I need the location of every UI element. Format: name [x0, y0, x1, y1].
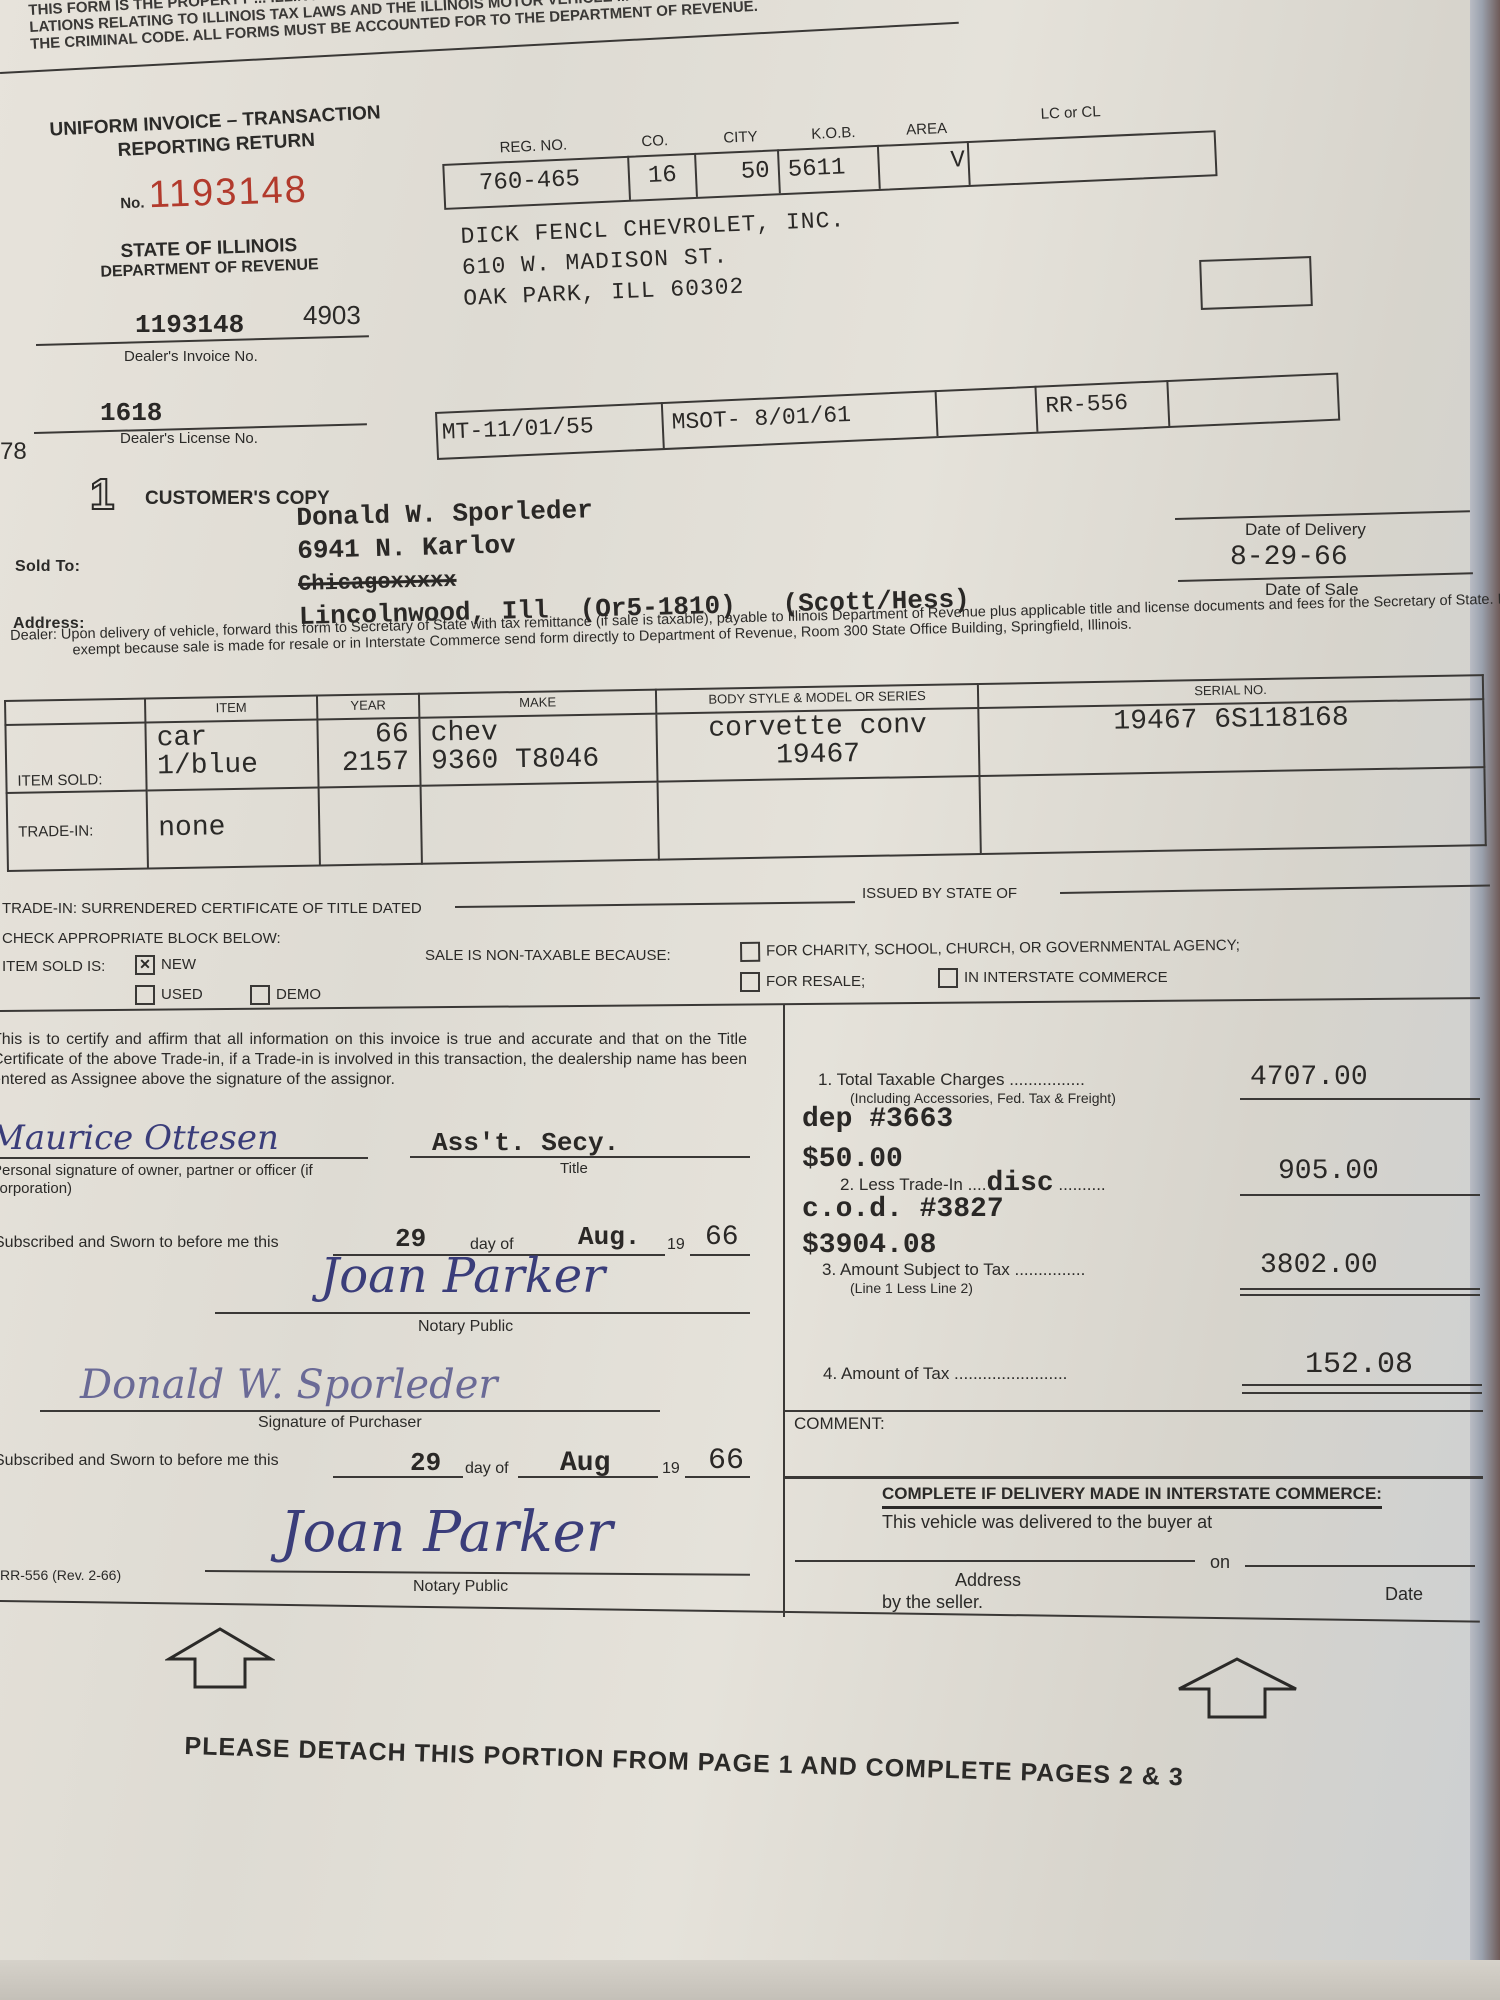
resale-label: FOR RESALE;	[766, 973, 865, 990]
new-label: NEW	[161, 956, 196, 973]
used-option[interactable]: USED	[135, 985, 203, 1005]
sworn-year-line	[690, 1254, 750, 1256]
certification-text: This is to certify and affirm that all i…	[0, 1030, 747, 1090]
owner-signature-line	[0, 1157, 368, 1159]
line1-label: 1. Total Taxable Charges ...............…	[818, 1070, 1085, 1090]
line3-text: 3. Amount Subject to Tax	[822, 1260, 1010, 1279]
line1-text: 1. Total Taxable Charges	[818, 1070, 1005, 1089]
header-blank	[5, 699, 145, 725]
items-table: ITEM YEAR MAKE BODY STYLE & MODEL OR SER…	[4, 674, 1487, 872]
line3-label: 3. Amount Subject to Tax ...............	[822, 1260, 1085, 1280]
sworn-year-prefix: 19	[667, 1236, 685, 1254]
non-taxable-label: SALE IS NON-TAXABLE BECAUSE:	[425, 947, 671, 964]
deposit-note: dep #3663	[802, 1104, 953, 1135]
reg-no-value: 760-465	[479, 166, 581, 197]
title-label: Title	[560, 1160, 588, 1177]
header-year: YEAR	[317, 694, 419, 720]
trade-in-label: TRADE-IN:	[7, 791, 148, 871]
resale-option[interactable]: FOR RESALE;	[740, 972, 865, 992]
interstate-option[interactable]: IN INTERSTATE COMMERCE	[938, 968, 1168, 988]
sworn-label: Subscribed and Sworn to before me this	[0, 1234, 279, 1252]
interstate-label: IN INTERSTATE COMMERCE	[964, 969, 1168, 986]
notary-line-1	[215, 1312, 750, 1314]
demo-checkbox[interactable]	[250, 985, 270, 1005]
title-line	[410, 1156, 750, 1158]
interstate-text: This vehicle was delivered to the buyer …	[882, 1512, 1212, 1533]
line3-sub: (Line 1 Less Line 2)	[850, 1280, 973, 1296]
city-value: 50	[740, 158, 770, 186]
issued-by-label: ISSUED BY STATE OF	[862, 885, 1017, 902]
lc-cl-header: LC or CL	[1040, 103, 1101, 123]
interstate-date-label: Date	[1385, 1584, 1423, 1605]
form-code: RR-556 (Rev. 2-66)	[0, 1567, 121, 1583]
interstate-heading: COMPLETE IF DELIVERY MADE IN INTERSTATE …	[882, 1484, 1382, 1509]
new-checkbox[interactable]: ✕	[135, 955, 155, 975]
comment-label: COMMENT:	[794, 1414, 885, 1434]
copy-number: 1	[90, 470, 114, 520]
dealer-license-no: 1618	[100, 398, 162, 428]
line4-rule	[1242, 1384, 1482, 1386]
resale-checkbox[interactable]	[740, 972, 760, 992]
co-header: CO.	[641, 132, 668, 150]
line1-rule	[1240, 1098, 1480, 1100]
purchaser-year: 66	[708, 1444, 744, 1478]
notary-label-2: Notary Public	[413, 1578, 508, 1596]
notary-label-1: Notary Public	[418, 1318, 513, 1336]
item-sold-body: corvette conv 19467	[656, 708, 979, 782]
dealer-invoice-suffix: 4903	[303, 300, 361, 331]
form-number: No. 1193148	[119, 169, 308, 219]
item-sold-item: car 1/blue	[145, 720, 318, 791]
blank-stamp-box	[1199, 256, 1313, 310]
comment-top-rule	[783, 1410, 1483, 1412]
charity-label: FOR CHARITY, SCHOOL, CHURCH, OR GOVERNME…	[766, 937, 1240, 960]
item-sold-label: ITEM SOLD:	[5, 723, 146, 793]
purchaser-day-of-label: day of	[465, 1460, 509, 1478]
trade-in-item: none	[147, 788, 320, 869]
form-number-value: 1193148	[148, 169, 308, 217]
line4-value: 152.08	[1305, 1348, 1413, 1382]
line2-rule	[1240, 1194, 1480, 1196]
interstate-address-label: Address	[955, 1570, 1021, 1591]
purchaser-signature-label: Signature of Purchaser	[258, 1414, 422, 1432]
line2-text: 2. Less Trade-In	[840, 1175, 963, 1194]
header-item: ITEM	[145, 696, 317, 723]
issuing-agency: STATE OF ILLINOIS DEPARTMENT OF REVENUE	[99, 234, 319, 282]
used-checkbox[interactable]	[135, 985, 155, 1005]
kob-header: K.O.B.	[811, 124, 856, 143]
line3-value: 3802.00	[1260, 1250, 1378, 1281]
cod-note: c.o.d. #3827	[802, 1194, 1004, 1225]
purchaser-sworn-label: Subscribed and Sworn to before me this	[0, 1452, 279, 1470]
dealer-invoice-no: 1193148	[135, 310, 244, 340]
dealer-license-label: Dealer's License No.	[120, 430, 258, 447]
line4-rule-2	[1242, 1392, 1482, 1394]
reg-header: REG. NO.	[499, 136, 567, 156]
owner-signature: Maurice Ottesen	[0, 1118, 279, 1158]
item-sold-serial: 19467 6S118168	[978, 699, 1484, 776]
paper-bottom-edge	[0, 1960, 1500, 2000]
sold-to-label: Sold To:	[15, 558, 80, 576]
line4-label: 4. Amount of Tax .......................…	[823, 1364, 1067, 1384]
trade-in-body	[658, 776, 981, 860]
permit-rr: RR-556	[1045, 390, 1129, 420]
column-divider	[783, 1005, 785, 1617]
notary-signature-1: Joan Parker	[320, 1248, 605, 1304]
notary-signature-2: Joan Parker	[280, 1500, 613, 1565]
used-label: USED	[161, 986, 203, 1003]
demo-label: DEMO	[276, 986, 321, 1003]
item-sold-is-label: ITEM SOLD IS:	[2, 958, 105, 975]
sale-date-value: 8-29-66	[1230, 542, 1348, 573]
area-value: V	[950, 147, 966, 175]
line4-text: 4. Amount of Tax	[823, 1364, 949, 1383]
line1-value: 4707.00	[1250, 1062, 1368, 1093]
interstate-date-field[interactable]	[1245, 1565, 1475, 1567]
purchaser-month: Aug	[560, 1448, 610, 1479]
purchaser-day-line	[333, 1476, 463, 1478]
trade-in-serial	[979, 767, 1485, 854]
delivery-label: Date of Delivery	[1245, 520, 1366, 540]
dealer-invoice-label: Dealer's Invoice No.	[124, 348, 258, 365]
kob-value: 5611	[787, 154, 846, 183]
interstate-seller-label: by the seller.	[882, 1592, 983, 1613]
purchaser-signature: Donald W. Sporleder	[80, 1362, 498, 1408]
purchaser-signature-line	[40, 1410, 660, 1412]
co-value: 16	[647, 162, 677, 190]
interstate-address-field[interactable]	[795, 1560, 1195, 1562]
owner-signature-label: Personal signature of owner, partner or …	[0, 1162, 352, 1198]
cod-amount: $3904.08	[802, 1230, 936, 1261]
purchaser-year-prefix: 19	[662, 1460, 680, 1478]
item-sold-year: 66 2157	[317, 718, 420, 788]
title-value: Ass't. Secy.	[432, 1128, 619, 1158]
area-header: AREA	[906, 120, 948, 139]
trade-in-title-label: TRADE-IN: SURRENDERED CERTIFICATE OF TIT…	[2, 900, 422, 917]
new-option[interactable]: ✕NEW	[135, 955, 196, 975]
comment-bottom-rule	[783, 1476, 1483, 1479]
comment-field[interactable]	[890, 1414, 1470, 1454]
city-header: CITY	[723, 128, 758, 146]
sworn-year: 66	[705, 1222, 739, 1253]
detach-arrow-left-icon	[165, 1625, 275, 1691]
detach-arrow-right-icon	[1175, 1655, 1300, 1721]
charity-checkbox[interactable]	[740, 942, 760, 962]
paper-edge	[1470, 0, 1500, 2000]
item-sold-make: chev 9360 T8046	[419, 714, 657, 786]
tax-calculation: 1. Total Taxable Charges ...............…	[800, 1060, 1480, 1360]
trade-in-make	[421, 782, 659, 864]
margin-number: 78	[0, 438, 27, 466]
check-instruction: CHECK APPROPRIATE BLOCK BELOW:	[2, 930, 281, 947]
form-number-label: No.	[120, 194, 145, 212]
trade-in-year	[319, 786, 422, 866]
demo-option[interactable]: DEMO	[250, 985, 321, 1005]
interstate-checkbox[interactable]	[938, 968, 958, 988]
purchaser-day: 29	[410, 1448, 441, 1478]
line2-value: 905.00	[1278, 1156, 1379, 1187]
dealer-address: DICK FENCL CHEVROLET, INC. 610 W. MADISO…	[460, 205, 849, 315]
line3-rule	[1240, 1288, 1480, 1290]
line3-rule-2	[1240, 1294, 1480, 1296]
interstate-on-label: on	[1210, 1552, 1230, 1573]
